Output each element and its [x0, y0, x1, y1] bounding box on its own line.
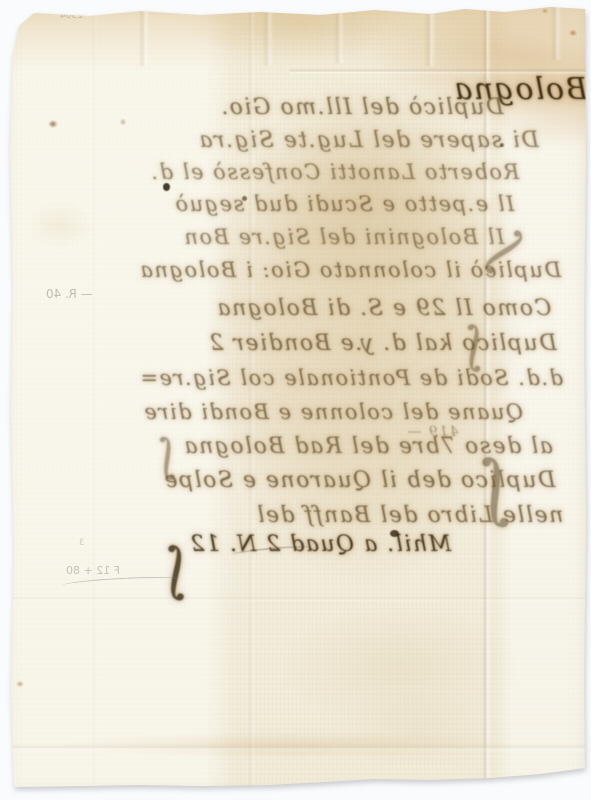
pencil-layer: 2504— R. 403F 12 + 80 [0, 0, 591, 800]
paper-sheet: BolognaDuplicò del Ill.mo Gio.Di sapere … [0, 0, 591, 800]
pencil-annotation: — R. 40 [46, 287, 93, 301]
document-scan: { "description": "Scan of an aged blank … [0, 0, 591, 800]
pencil-annotation: F 12 + 80 [66, 564, 120, 577]
pencil-annotation: 3 [79, 538, 85, 548]
scanner-background: BolognaDuplicò del Ill.mo Gio.Di sapere … [0, 0, 591, 800]
paper-surface: BolognaDuplicò del Ill.mo Gio.Di sapere … [0, 0, 591, 800]
pencil-annotation: 2504 [60, 11, 83, 21]
